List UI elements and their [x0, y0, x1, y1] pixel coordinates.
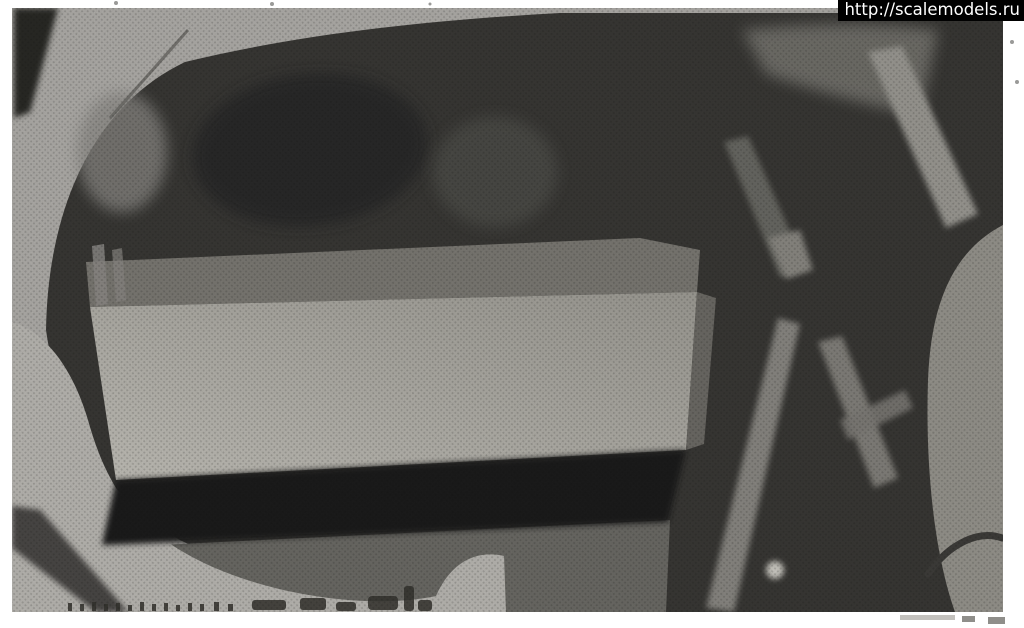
- scanned-photo-page: http://scalemodels.ru: [0, 0, 1024, 628]
- watermark-bar: http://scalemodels.ru: [838, 0, 1024, 21]
- grain-overlay: [12, 8, 1003, 612]
- watermark-url-text: http://scalemodels.ru: [844, 0, 1020, 19]
- halftone-photo: [0, 0, 1024, 628]
